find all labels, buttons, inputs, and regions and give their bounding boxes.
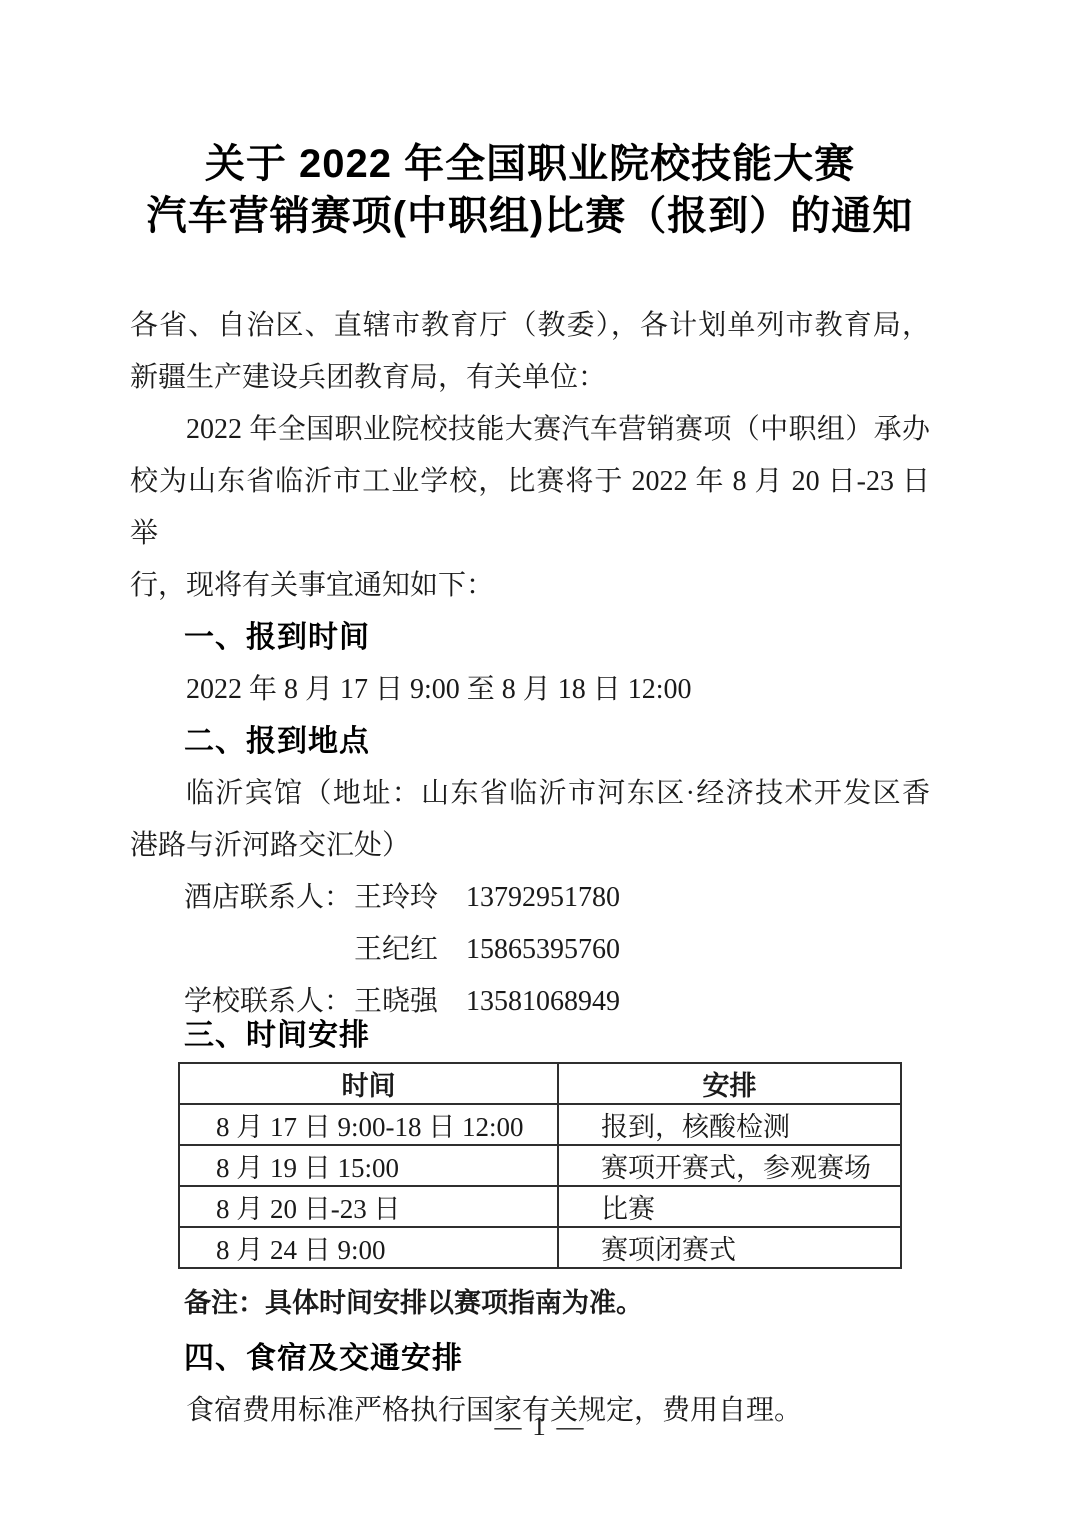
contact-label: 酒店联系人： — [184, 872, 354, 924]
schedule-cell-time: 8 月 19 日 15:00 — [179, 1145, 558, 1186]
schedule-cell-time: 8 月 20 日-23 日 — [179, 1186, 558, 1227]
venue-paragraph: 临沂宾馆（地址：山东省临沂市河东区·经济技术开发区香 港路与沂河路交汇处） — [130, 768, 930, 872]
notice-page: 关于 2022 年全国职业院校技能大赛 汽车营销赛项(中职组)比赛（报到）的通知… — [0, 0, 1080, 1527]
salutation-line: 各省、自治区、直辖市教育厅（教委），各计划单列市教育局， — [130, 300, 930, 352]
schedule-cell-time: 8 月 17 日 9:00-18 日 12:00 — [179, 1104, 558, 1145]
contact-row: 王纪红 15865395760 — [130, 924, 930, 976]
intro-line: 2022 年全国职业院校技能大赛汽车营销赛项（中职组）承办 — [130, 404, 930, 456]
section-heading-registration-time: 一、报到时间 — [130, 612, 930, 664]
document-title-line-1: 关于 2022 年全国职业院校技能大赛 — [130, 138, 930, 190]
intro-line: 行，现将有关事宜通知如下： — [130, 560, 930, 612]
contact-phone: 13581068949 — [466, 976, 620, 1028]
schedule-cell-arrangement: 赛项闭赛式 — [558, 1227, 901, 1268]
section-heading-registration-place: 二、报到地点 — [130, 716, 930, 768]
document-title: 关于 2022 年全国职业院校技能大赛 汽车营销赛项(中职组)比赛（报到）的通知 — [130, 138, 930, 242]
schedule-row: 8 月 20 日-23 日 比赛 — [179, 1186, 901, 1227]
page-content: 关于 2022 年全国职业院校技能大赛 汽车营销赛项(中职组)比赛（报到）的通知… — [130, 138, 930, 1437]
contact-phone: 13792951780 — [466, 872, 620, 924]
schedule-row: 8 月 19 日 15:00 赛项开赛式，参观赛场 — [179, 1145, 901, 1186]
intro-line: 校为山东省临沂市工业学校，比赛将于 2022 年 8 月 20 日-23 日举 — [130, 456, 930, 560]
intro-paragraph: 2022 年全国职业院校技能大赛汽车营销赛项（中职组）承办 校为山东省临沂市工业… — [130, 404, 930, 612]
page-number: — 1 — — [0, 1408, 1080, 1444]
salutation-line: 新疆生产建设兵团教育局，有关单位： — [130, 352, 930, 404]
schedule-cell-arrangement: 赛项开赛式，参观赛场 — [558, 1145, 901, 1186]
schedule-table: 时间 安排 8 月 17 日 9:00-18 日 12:00 报到，核酸检测 8… — [178, 1062, 902, 1269]
registration-time-text: 2022 年 8 月 17 日 9:00 至 8 月 18 日 12:00 — [130, 664, 930, 716]
contact-row: 酒店联系人： 王玲玲 13792951780 — [130, 872, 930, 924]
contact-phone: 15865395760 — [466, 924, 620, 976]
contact-name: 王晓强 — [354, 976, 466, 1028]
schedule-col-header-arrangement: 安排 — [558, 1063, 901, 1104]
schedule-cell-time: 8 月 24 日 9:00 — [179, 1227, 558, 1268]
schedule-col-header-time: 时间 — [179, 1063, 558, 1104]
venue-line: 临沂宾馆（地址：山东省临沂市河东区·经济技术开发区香 — [130, 768, 930, 820]
contact-name: 王纪红 — [354, 924, 466, 976]
contact-list: 酒店联系人： 王玲玲 13792951780 王纪红 15865395760 学… — [130, 872, 930, 1028]
schedule-header-row: 时间 安排 — [179, 1063, 901, 1104]
document-title-line-2: 汽车营销赛项(中职组)比赛（报到）的通知 — [130, 190, 930, 242]
schedule-row: 8 月 17 日 9:00-18 日 12:00 报到，核酸检测 — [179, 1104, 901, 1145]
schedule-row: 8 月 24 日 9:00 赛项闭赛式 — [179, 1227, 901, 1268]
section-heading-accommodation: 四、食宿及交通安排 — [130, 1333, 930, 1385]
contact-name: 王玲玲 — [354, 872, 466, 924]
salutation-paragraph: 各省、自治区、直辖市教育厅（教委），各计划单列市教育局， 新疆生产建设兵团教育局… — [130, 300, 930, 404]
schedule-note: 备注：具体时间安排以赛项指南为准。 — [130, 1283, 930, 1323]
schedule-cell-arrangement: 比赛 — [558, 1186, 901, 1227]
venue-line: 港路与沂河路交汇处） — [130, 820, 930, 872]
schedule-cell-arrangement: 报到，核酸检测 — [558, 1104, 901, 1145]
contact-label — [184, 924, 354, 976]
